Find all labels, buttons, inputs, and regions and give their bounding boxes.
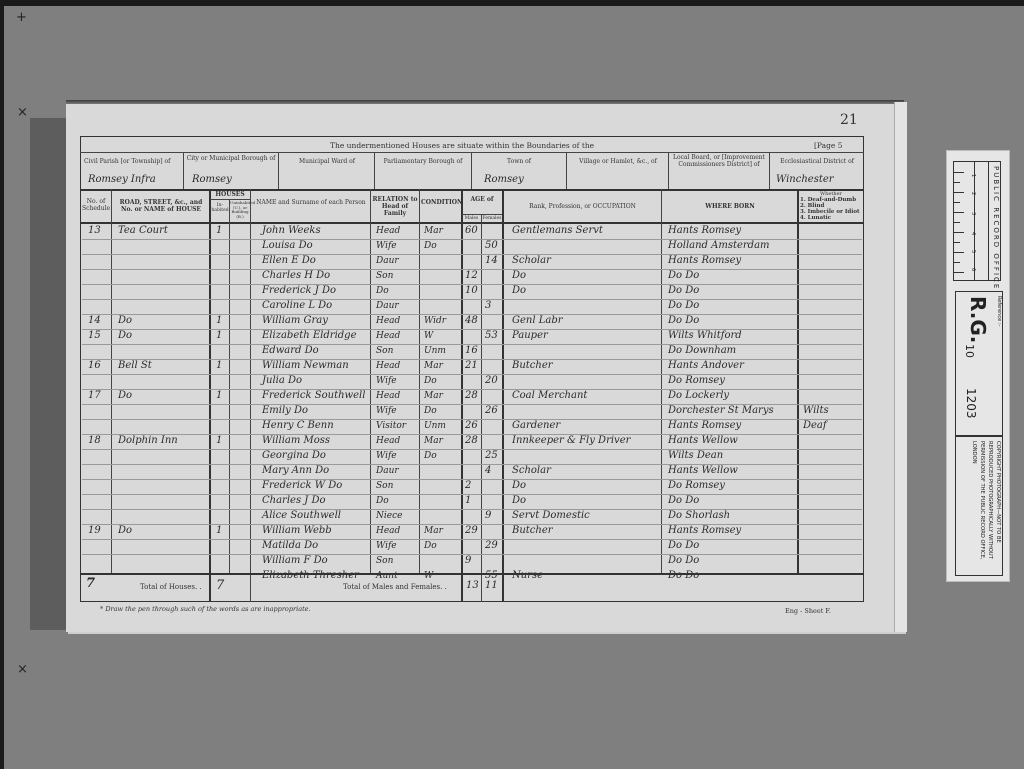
scan-border-top bbox=[0, 0, 1024, 6]
reference-piece: 10 bbox=[963, 344, 976, 358]
road-cell: Do bbox=[118, 330, 132, 342]
occupation-cell: Gardener bbox=[512, 420, 560, 432]
schedule-cell: 13 bbox=[88, 225, 101, 237]
name-cell: Edward Do bbox=[262, 345, 319, 357]
relation-cell: Head bbox=[376, 225, 400, 237]
infirmity-cell: Wilts bbox=[803, 405, 829, 417]
male-age-cell: 9 bbox=[465, 555, 471, 567]
page-label: [Page 5 bbox=[814, 141, 843, 150]
name-cell: Louisa Do bbox=[262, 240, 313, 252]
road-cell: Do bbox=[118, 525, 132, 537]
registration-mark-x-icon: × bbox=[17, 662, 28, 677]
where-born-cell: Do Do bbox=[668, 300, 699, 312]
col-header-uninhabited: Uninhabited (U.), or Building (B.) bbox=[230, 201, 250, 219]
ecclesiastical-district-label: Ecclesiastical District of bbox=[772, 158, 862, 165]
inhabited-cell: 1 bbox=[216, 315, 222, 327]
civil-parish-value: Romsey Infra bbox=[88, 174, 156, 186]
name-cell: Frederick W Do bbox=[262, 480, 342, 492]
inhabited-cell: 1 bbox=[216, 390, 222, 402]
name-cell: Frederick Southwell bbox=[262, 390, 365, 402]
name-cell: Julia Do bbox=[262, 375, 302, 387]
col-header-road: ROAD, STREET, &c., and No. or NAME of HO… bbox=[114, 199, 208, 213]
copyright-notice: COPYRIGHT PHOTOGRAPH—NOT TO BE REPRODUCE… bbox=[970, 441, 1002, 573]
where-born-cell: Wilts Whitford bbox=[668, 330, 742, 342]
female-age-cell: 26 bbox=[485, 405, 498, 417]
municipal-borough-label: City or Municipal Borough of bbox=[186, 155, 276, 162]
name-cell: John Weeks bbox=[262, 225, 321, 237]
condition-cell: W bbox=[424, 330, 433, 342]
where-born-cell: Do Do bbox=[668, 570, 699, 582]
where-born-cell: Hants Wellow bbox=[668, 465, 738, 477]
name-cell: Emily Do bbox=[262, 405, 308, 417]
name-cell: William Webb bbox=[262, 525, 332, 537]
male-age-cell: 21 bbox=[465, 360, 478, 372]
male-age-cell: 2 bbox=[465, 480, 471, 492]
occupation-cell: Innkeeper & Fly Driver bbox=[512, 435, 630, 447]
name-cell: Elizabeth Thresher bbox=[262, 570, 359, 582]
col-divider bbox=[461, 189, 463, 602]
copyright-box: COPYRIGHT PHOTOGRAPH—NOT TO BE REPRODUCE… bbox=[955, 436, 1003, 576]
reference-box: Reference :- R.G. 10 1203 bbox=[955, 291, 1003, 436]
where-born-cell: Do Downham bbox=[668, 345, 736, 357]
where-born-cell: Hants Romsey bbox=[668, 225, 741, 237]
condition-cell: Widr bbox=[424, 315, 446, 327]
name-cell: Ellen E Do bbox=[262, 255, 316, 267]
where-born-cell: Do Do bbox=[668, 555, 699, 567]
where-born-cell: Hants Romsey bbox=[668, 420, 741, 432]
inhabited-cell: 1 bbox=[216, 525, 222, 537]
where-born-cell: Wilts Dean bbox=[668, 450, 723, 462]
relation-cell: Wife bbox=[376, 240, 397, 252]
col-header-age: AGE of bbox=[463, 196, 501, 203]
relation-cell: Wife bbox=[376, 405, 397, 417]
name-cell: William Moss bbox=[262, 435, 330, 447]
occupation-cell: Do bbox=[512, 285, 526, 297]
divider bbox=[80, 152, 864, 153]
name-cell: Mary Ann Do bbox=[262, 465, 329, 477]
relation-cell: Do bbox=[376, 285, 389, 297]
female-age-cell: 25 bbox=[485, 450, 498, 462]
col-divider bbox=[209, 189, 211, 602]
where-born-cell: Do Romsey bbox=[668, 375, 725, 387]
divider bbox=[668, 152, 669, 189]
where-born-cell: Holland Amsterdam bbox=[668, 240, 770, 252]
female-age-cell: 20 bbox=[485, 375, 498, 387]
where-born-cell: Do Do bbox=[668, 495, 699, 507]
relation-cell: Head bbox=[376, 330, 400, 342]
where-born-cell: Do Shorlash bbox=[668, 510, 730, 522]
condition-cell: Do bbox=[424, 540, 437, 552]
inhabited-cell: 1 bbox=[216, 360, 222, 372]
inhabited-cell: 1 bbox=[216, 225, 222, 237]
condition-cell: Unm bbox=[424, 420, 446, 432]
ruler-number: 5 bbox=[970, 250, 976, 253]
divider bbox=[80, 222, 864, 224]
total-houses-value: 7 bbox=[216, 580, 224, 592]
page-shadow bbox=[30, 118, 70, 630]
occupation-cell: Do bbox=[512, 480, 526, 492]
parliamentary-borough-label: Parliamentary Borough of bbox=[377, 158, 469, 165]
boundaries-intro: The undermentioned Houses are situate wi… bbox=[330, 141, 594, 150]
page-edge bbox=[894, 102, 907, 632]
relation-cell: Daur bbox=[376, 300, 399, 312]
relation-cell: Visitor bbox=[376, 420, 406, 432]
where-born-cell: Do Do bbox=[668, 540, 699, 552]
inhabited-cell: 1 bbox=[216, 330, 222, 342]
town-label: Town of bbox=[474, 158, 564, 165]
occupation-cell: Servt Domestic bbox=[512, 510, 590, 522]
relation-cell: Aunt bbox=[376, 570, 398, 582]
schedule-cell: 15 bbox=[88, 330, 101, 342]
name-cell: Frederick J Do bbox=[262, 285, 336, 297]
scale-ruler: 1 2 3 4 5 6 PUBLIC RECORD OFFICE bbox=[953, 161, 1001, 281]
total-houses-label: Total of Houses. . bbox=[140, 583, 202, 591]
col-divider bbox=[229, 199, 230, 573]
divider bbox=[374, 152, 375, 189]
condition-cell: Do bbox=[424, 375, 437, 387]
registration-mark-x-icon: × bbox=[17, 105, 28, 120]
ecclesiastical-district-value: Winchester bbox=[776, 174, 834, 186]
folio-number: 21 bbox=[840, 112, 858, 128]
scan-border-left bbox=[0, 0, 4, 769]
condition-cell: Mar bbox=[424, 225, 443, 237]
total-persons-label: Total of Males and Females. . bbox=[343, 583, 447, 591]
col-header-males: Males bbox=[462, 215, 481, 222]
relation-cell: Son bbox=[376, 270, 393, 282]
schedule-cell: 14 bbox=[88, 315, 101, 327]
name-cell: Elizabeth Eldridge bbox=[262, 330, 356, 342]
occupation-cell: Nurse bbox=[512, 570, 543, 582]
sheet-label: Eng - Sheet F. bbox=[785, 607, 831, 615]
road-cell: Do bbox=[118, 315, 132, 327]
road-cell: Tea Court bbox=[118, 225, 168, 237]
condition-cell: Unm bbox=[424, 345, 446, 357]
where-born-cell: Do Romsey bbox=[668, 480, 725, 492]
local-board-label: Local Board, or [Improvement Commissione… bbox=[671, 154, 767, 168]
relation-cell: Son bbox=[376, 345, 393, 357]
name-cell: William F Do bbox=[262, 555, 328, 567]
male-age-cell: 29 bbox=[465, 525, 478, 537]
where-born-cell: Dorchester St Marys bbox=[668, 405, 774, 417]
where-born-cell: Hants Wellow bbox=[668, 435, 738, 447]
totals-divider bbox=[80, 573, 864, 575]
where-born-cell: Do Do bbox=[668, 315, 699, 327]
reference-strip: 1 2 3 4 5 6 PUBLIC RECORD OFFICE Referen… bbox=[946, 150, 1010, 582]
occupation-cell: Butcher bbox=[512, 525, 553, 537]
reference-class: R.G. bbox=[966, 296, 990, 343]
relation-cell: Son bbox=[376, 480, 393, 492]
relation-cell: Head bbox=[376, 315, 400, 327]
village-label: Village or Hamlet, &c., of bbox=[569, 158, 667, 165]
where-born-cell: Do Lockerly bbox=[668, 390, 729, 402]
road-cell: Dolphin Inn bbox=[118, 435, 178, 447]
male-age-cell: 16 bbox=[465, 345, 478, 357]
female-age-cell: 50 bbox=[485, 240, 498, 252]
col-header-houses: HOUSES bbox=[211, 191, 249, 198]
name-cell: Caroline L Do bbox=[262, 300, 332, 312]
ruler-number: 1 bbox=[970, 174, 976, 177]
divider bbox=[278, 152, 279, 189]
col-header-females: Females bbox=[482, 215, 502, 222]
col-header-name: NAME and Surname of each Person bbox=[253, 199, 369, 206]
name-cell: William Newman bbox=[262, 360, 349, 372]
occupation-cell: Scholar bbox=[512, 465, 551, 477]
male-age-cell: 10 bbox=[465, 285, 478, 297]
relation-cell: Head bbox=[376, 435, 400, 447]
road-cell: Bell St bbox=[118, 360, 152, 372]
totals-schedule-mark: 7 bbox=[86, 578, 95, 590]
name-cell: Henry C Benn bbox=[262, 420, 334, 432]
col-divider bbox=[250, 189, 251, 602]
female-age-cell: 14 bbox=[485, 255, 498, 267]
schedule-cell: 19 bbox=[88, 525, 101, 537]
col-divider bbox=[481, 214, 482, 602]
occupation-cell: Coal Merchant bbox=[512, 390, 587, 402]
reference-item: 1203 bbox=[964, 388, 978, 419]
col-divider bbox=[111, 189, 112, 573]
condition-cell: W bbox=[424, 570, 433, 582]
condition-cell: Do bbox=[424, 240, 437, 252]
relation-cell: Wife bbox=[376, 375, 397, 387]
ruler-number: 4 bbox=[970, 232, 976, 235]
occupation-cell: Scholar bbox=[512, 255, 551, 267]
name-cell: Georgina Do bbox=[262, 450, 326, 462]
where-born-cell: Hants Romsey bbox=[668, 255, 741, 267]
schedule-cell: 17 bbox=[88, 390, 101, 402]
male-age-cell: 26 bbox=[465, 420, 478, 432]
condition-cell: Mar bbox=[424, 390, 443, 402]
public-record-office-title: PUBLIC RECORD OFFICE bbox=[992, 166, 1000, 290]
relation-cell: Wife bbox=[376, 540, 397, 552]
name-cell: Alice Southwell bbox=[262, 510, 341, 522]
condition-cell: Mar bbox=[424, 435, 443, 447]
civil-parish-label: Civil Parish [or Township] of bbox=[84, 158, 182, 165]
schedule-cell: 18 bbox=[88, 435, 101, 447]
relation-cell: Head bbox=[376, 390, 400, 402]
occupation-cell: Butcher bbox=[512, 360, 553, 372]
total-males-value: 13 bbox=[466, 580, 479, 592]
col-header-inhabited: In-habited bbox=[211, 203, 229, 213]
col-header-infirmity-4: 4. Lunatic bbox=[800, 215, 862, 221]
col-header-occupation: Rank, Profession, or OCCUPATION bbox=[505, 203, 660, 210]
divider bbox=[566, 152, 567, 189]
where-born-cell: Hants Romsey bbox=[668, 525, 741, 537]
male-age-cell: 60 bbox=[465, 225, 478, 237]
relation-cell: Head bbox=[376, 360, 400, 372]
town-value: Romsey bbox=[484, 174, 524, 186]
relation-cell: Son bbox=[376, 555, 393, 567]
name-cell: William Gray bbox=[262, 315, 328, 327]
divider bbox=[80, 189, 864, 191]
footnote: * Draw the pen through such of the words… bbox=[100, 605, 311, 613]
col-divider bbox=[797, 189, 799, 573]
occupation-cell: Pauper bbox=[512, 330, 548, 342]
female-age-cell: 4 bbox=[485, 465, 491, 477]
col-header-relation: RELATION to Head of Family bbox=[372, 196, 418, 217]
schedule-cell: 16 bbox=[88, 360, 101, 372]
condition-cell: Do bbox=[424, 405, 437, 417]
ruler-number: 6 bbox=[970, 268, 976, 271]
where-born-cell: Do Do bbox=[668, 270, 699, 282]
female-age-cell: 29 bbox=[485, 540, 498, 552]
male-age-cell: 12 bbox=[465, 270, 478, 282]
municipal-ward-label: Municipal Ward of bbox=[281, 158, 373, 165]
col-divider bbox=[419, 189, 420, 573]
col-header-condition: CONDITION bbox=[421, 199, 461, 206]
col-header-where-born: WHERE BORN bbox=[664, 203, 796, 210]
condition-cell: Mar bbox=[424, 360, 443, 372]
male-age-cell: 48 bbox=[465, 315, 478, 327]
road-cell: Do bbox=[118, 390, 132, 402]
divider bbox=[183, 152, 184, 189]
name-cell: Charles J Do bbox=[262, 495, 326, 507]
occupation-cell: Genl Labr bbox=[512, 315, 563, 327]
female-age-cell: 53 bbox=[485, 330, 498, 342]
occupation-cell: Gentlemans Servt bbox=[512, 225, 603, 237]
relation-cell: Do bbox=[376, 495, 389, 507]
condition-cell: Mar bbox=[424, 525, 443, 537]
relation-cell: Daur bbox=[376, 465, 399, 477]
female-age-cell: 3 bbox=[485, 300, 491, 312]
name-cell: Charles H Do bbox=[262, 270, 330, 282]
relation-cell: Niece bbox=[376, 510, 402, 522]
col-divider bbox=[370, 189, 371, 573]
occupation-cell: Do bbox=[512, 270, 526, 282]
infirmity-cell: Deaf bbox=[803, 420, 827, 432]
relation-cell: Daur bbox=[376, 255, 399, 267]
occupation-cell: Do bbox=[512, 495, 526, 507]
name-cell: Matilda Do bbox=[262, 540, 318, 552]
divider bbox=[471, 152, 472, 189]
male-age-cell: 28 bbox=[465, 390, 478, 402]
municipal-borough-value: Romsey bbox=[192, 174, 232, 186]
relation-cell: Head bbox=[376, 525, 400, 537]
col-header-schedule: No. of Schedule bbox=[82, 198, 110, 212]
relation-cell: Wife bbox=[376, 450, 397, 462]
inhabited-cell: 1 bbox=[216, 435, 222, 447]
total-females-value: 11 bbox=[485, 580, 498, 592]
col-divider bbox=[502, 189, 504, 602]
reference-label: Reference :- bbox=[996, 296, 1002, 326]
registration-mark-plus-icon: + bbox=[16, 10, 27, 25]
condition-cell: Do bbox=[424, 450, 437, 462]
ruler-number: 2 bbox=[970, 192, 976, 195]
male-age-cell: 28 bbox=[465, 435, 478, 447]
male-age-cell: 1 bbox=[465, 495, 471, 507]
ruler-number: 3 bbox=[970, 212, 976, 215]
col-divider bbox=[661, 189, 662, 573]
where-born-cell: Do Do bbox=[668, 285, 699, 297]
where-born-cell: Hants Andover bbox=[668, 360, 744, 372]
divider bbox=[769, 152, 770, 189]
female-age-cell: 9 bbox=[485, 510, 491, 522]
